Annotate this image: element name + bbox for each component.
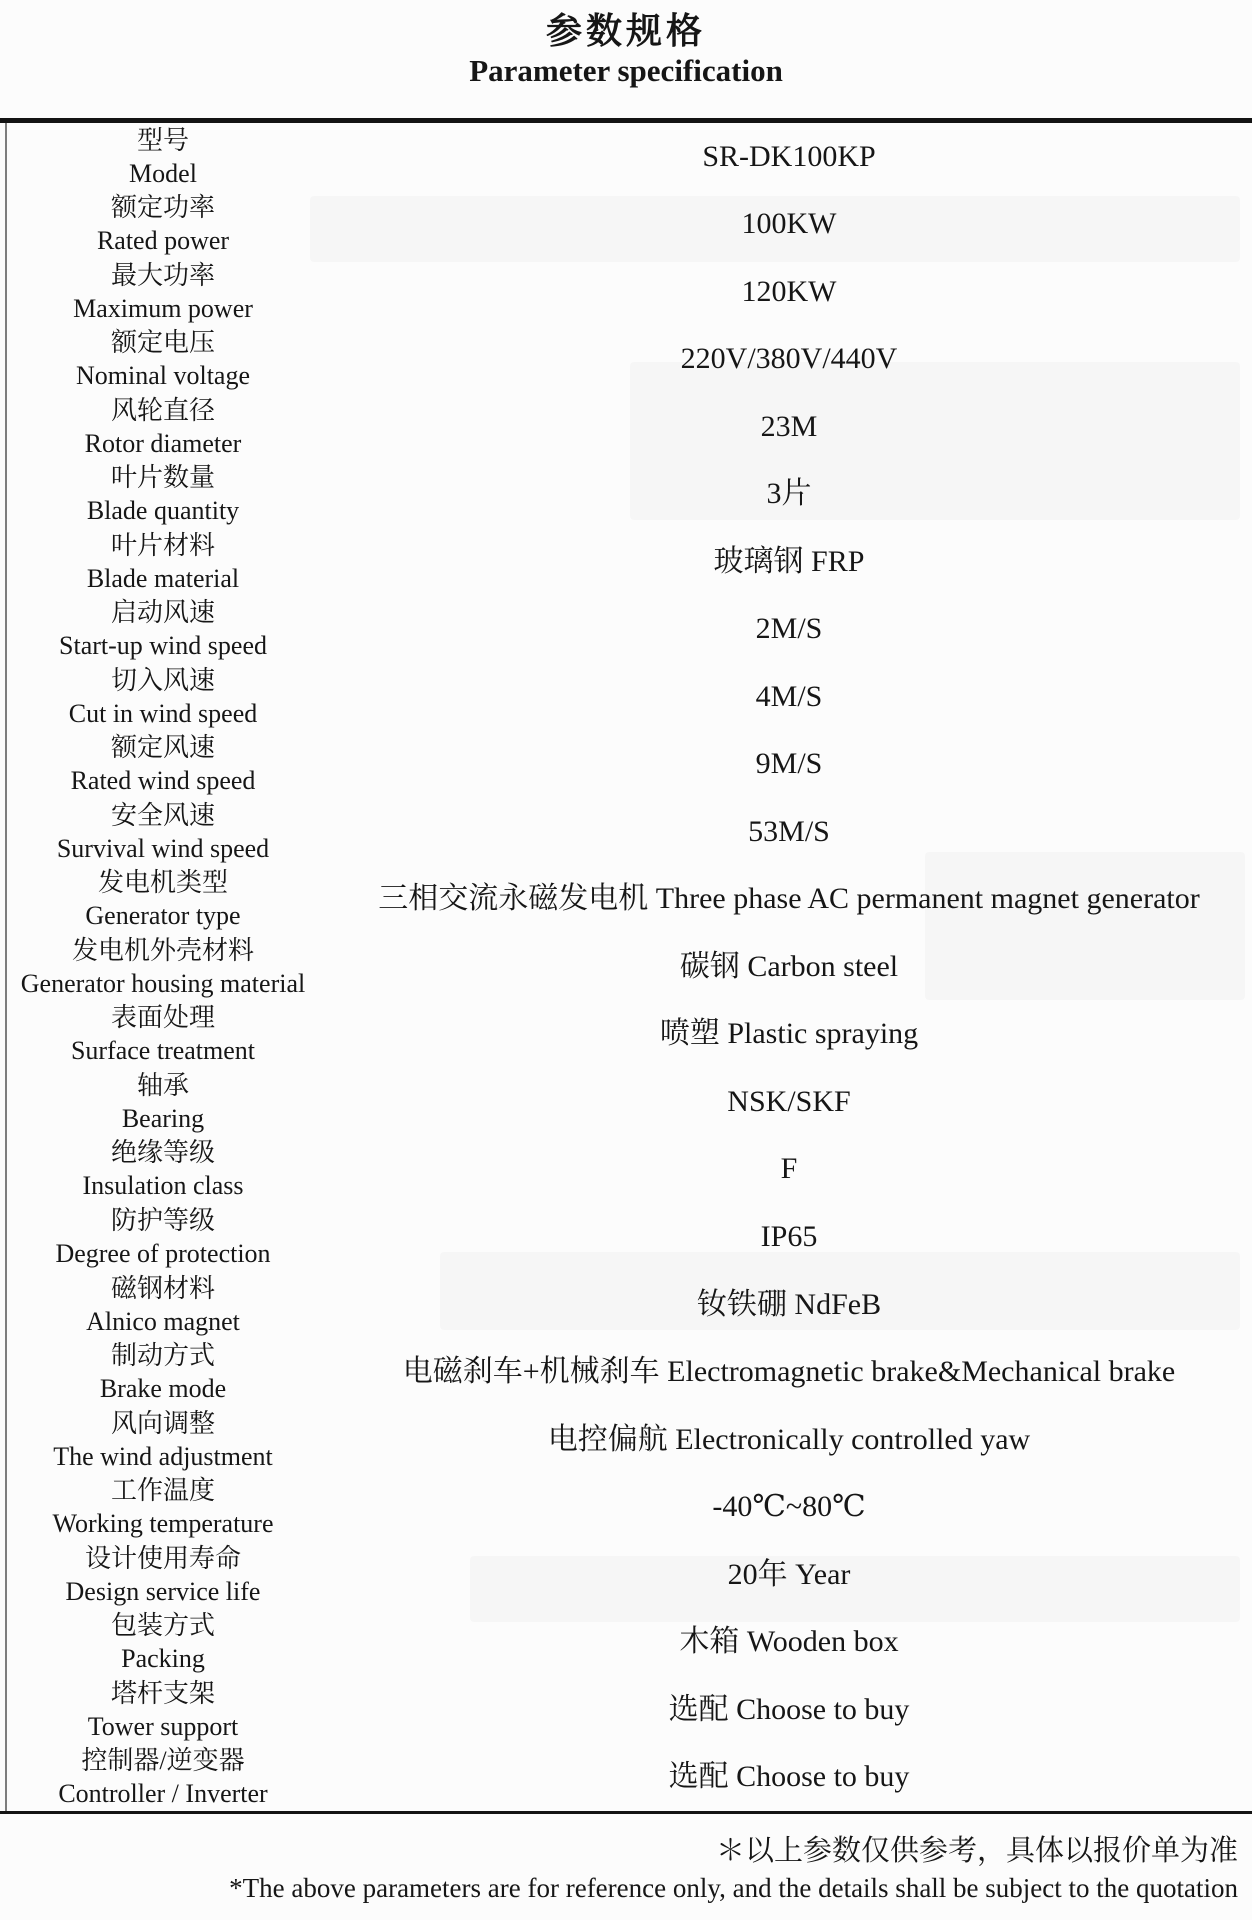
parameter-label-english: Survival wind speed [57,832,269,865]
parameter-label-english: Bearing [122,1102,204,1135]
table-row: 表面处理Surface treatment喷塑 Plastic spraying [0,1001,1252,1069]
parameter-value: 木箱 Wooden box [679,1624,898,1660]
table-row: 最大功率Maximum power120KW [0,258,1252,326]
parameter-label-english: Rated wind speed [71,764,256,797]
disclaimer-english: *The above parameters are for reference … [0,1870,1238,1906]
parameter-label-chinese: 额定电压 [111,326,215,359]
table-row: 包装方式Packing木箱 Wooden box [0,1608,1252,1676]
parameter-value: 电控偏航 Electronically controlled yaw [548,1422,1030,1458]
parameter-label-chinese: 发电机类型 [98,866,228,899]
parameter-value: 电磁刹车+机械刹车 Electromagnetic brake&Mechanic… [403,1354,1176,1390]
parameter-label-chinese: 额定风速 [111,731,215,764]
parameter-value: 碳钢 Carbon steel [680,949,898,985]
parameter-label-english: Rated power [97,224,229,257]
parameter-label-chinese: 切入风速 [111,664,215,697]
parameter-label-english: The wind adjustment [53,1440,273,1473]
parameter-value: 9M/S [756,746,823,782]
parameter-label-english: Cut in wind speed [69,697,258,730]
parameter-value-cell: IP65 [326,1203,1252,1271]
parameter-label-cell: 发电机类型Generator type [0,866,326,934]
parameter-value: 喷塑 Plastic spraying [660,1016,918,1052]
parameter-label-english: Generator housing material [21,967,305,1000]
parameter-value-cell: 220V/380V/440V [326,326,1252,394]
parameter-label-chinese: 工作温度 [111,1474,215,1507]
parameter-value: -40℃~80℃ [712,1489,865,1525]
parameter-label-chinese: 设计使用寿命 [85,1542,241,1575]
page-title-english: Parameter specification [0,54,1252,88]
parameter-value-cell: -40℃~80℃ [326,1473,1252,1541]
parameter-value: 120KW [742,274,837,310]
parameter-label-chinese: 防护等级 [111,1204,215,1237]
parameter-value-cell: 20年 Year [326,1541,1252,1609]
parameter-label-cell: 塔杆支架Tower support [0,1676,326,1744]
table-row: 叶片数量Blade quantity3片 [0,461,1252,529]
parameter-label-cell: 切入风速Cut in wind speed [0,663,326,731]
parameter-value-cell: SR-DK100KP [326,123,1252,191]
parameter-label-chinese: 控制器/逆变器 [81,1744,244,1777]
parameter-value-cell: 23M [326,393,1252,461]
parameter-value: 23M [761,409,818,445]
parameter-value: 220V/380V/440V [681,341,898,377]
parameter-label-chinese: 风轮直径 [111,394,215,427]
parameter-value: SR-DK100KP [702,139,875,175]
parameter-label-cell: 安全风速Survival wind speed [0,798,326,866]
parameter-value: 三相交流永磁发电机 Three phase AC permanent magne… [378,881,1199,917]
table-row: 额定风速Rated wind speed9M/S [0,731,1252,799]
parameter-label-cell: 额定风速Rated wind speed [0,731,326,799]
parameter-label-english: Model [129,157,197,190]
table-row: 额定功率Rated power100KW [0,191,1252,259]
parameter-value: 钕铁硼 NdFeB [697,1287,881,1323]
parameter-value: IP65 [761,1219,818,1255]
parameter-value-cell: 钕铁硼 NdFeB [326,1271,1252,1339]
parameter-label-cell: 发电机外壳材料Generator housing material [0,933,326,1001]
parameter-label-chinese: 叶片数量 [111,461,215,494]
parameter-label-chinese: 轴承 [137,1069,189,1102]
parameter-value: 53M/S [748,814,830,850]
parameter-value-cell: 电磁刹车+机械刹车 Electromagnetic brake&Mechanic… [326,1338,1252,1406]
parameter-value: 3片 [767,476,812,512]
parameter-label-cell: 启动风速Start-up wind speed [0,596,326,664]
parameter-label-cell: 最大功率Maximum power [0,258,326,326]
parameter-label-english: Controller / Inverter [58,1777,267,1810]
parameter-label-cell: 风向调整The wind adjustment [0,1406,326,1474]
table-left-rule [5,123,7,1811]
parameter-label-english: Insulation class [82,1169,243,1202]
parameter-value-cell: F [326,1136,1252,1204]
parameter-label-chinese: 包装方式 [111,1609,215,1642]
parameter-value: NSK/SKF [727,1084,850,1120]
parameter-value-cell: 9M/S [326,731,1252,799]
parameter-label-english: Brake mode [100,1372,226,1405]
parameter-label-chinese: 最大功率 [111,259,215,292]
parameter-label-english: Generator type [85,899,240,932]
parameter-label-chinese: 制动方式 [111,1339,215,1372]
parameter-label-english: Packing [121,1642,205,1675]
parameter-label-chinese: 塔杆支架 [111,1677,215,1710]
parameter-label-chinese: 额定功率 [111,191,215,224]
parameter-value-cell: 选配 Choose to buy [326,1676,1252,1744]
parameter-label-cell: 表面处理Surface treatment [0,1001,326,1069]
table-row: 安全风速Survival wind speed53M/S [0,798,1252,866]
parameter-label-english: Nominal voltage [76,359,250,392]
parameter-value-cell: 选配 Choose to buy [326,1743,1252,1811]
parameter-value: 100KW [742,206,837,242]
table-row: 工作温度Working temperature-40℃~80℃ [0,1473,1252,1541]
table-row: 风向调整The wind adjustment电控偏航 Electronical… [0,1406,1252,1474]
table-row: 叶片材料Blade material玻璃钢 FRP [0,528,1252,596]
table-row: 发电机外壳材料Generator housing material碳钢 Carb… [0,933,1252,1001]
parameter-value-cell: 4M/S [326,663,1252,731]
parameter-value-cell: 喷塑 Plastic spraying [326,1001,1252,1069]
parameter-label-cell: 包装方式Packing [0,1608,326,1676]
parameter-value: 20年 Year [728,1557,851,1593]
table-row: 控制器/逆变器Controller / Inverter选配 Choose to… [0,1743,1252,1811]
parameter-label-cell: 轴承Bearing [0,1068,326,1136]
parameter-value-cell: 三相交流永磁发电机 Three phase AC permanent magne… [326,866,1252,934]
parameter-label-chinese: 叶片材料 [111,529,215,562]
parameter-label-cell: 叶片数量Blade quantity [0,461,326,529]
parameter-label-chinese: 发电机外壳材料 [72,934,254,967]
disclaimer-footer: ＊以上参数仅供参考，具体以报价单为准 *The above parameters… [0,1832,1252,1906]
parameter-value: F [781,1151,798,1187]
parameter-value-cell: 玻璃钢 FRP [326,528,1252,596]
parameter-label-cell: 型号Model [0,123,326,191]
spec-table: 型号ModelSR-DK100KP额定功率Rated power100KW最大功… [0,118,1252,1814]
parameter-label-cell: 设计使用寿命Design service life [0,1541,326,1609]
parameter-value-cell: 3片 [326,461,1252,529]
parameter-label-cell: 控制器/逆变器Controller / Inverter [0,1743,326,1811]
parameter-value-cell: 碳钢 Carbon steel [326,933,1252,1001]
parameter-label-english: Maximum power [73,292,253,325]
table-row: 磁钢材料Alnico magnet钕铁硼 NdFeB [0,1271,1252,1339]
table-row: 制动方式Brake mode电磁刹车+机械刹车 Electromagnetic … [0,1338,1252,1406]
parameter-label-chinese: 风向调整 [111,1407,215,1440]
parameter-label-chinese: 绝缘等级 [111,1136,215,1169]
parameter-value: 选配 Choose to buy [669,1692,910,1728]
table-row: 绝缘等级Insulation classF [0,1136,1252,1204]
table-row: 型号ModelSR-DK100KP [0,123,1252,191]
parameter-label-chinese: 表面处理 [111,1001,215,1034]
parameter-label-english: Start-up wind speed [59,629,267,662]
page-title-chinese: 参数规格 [0,10,1252,52]
parameter-label-cell: 额定功率Rated power [0,191,326,259]
parameter-value-cell: NSK/SKF [326,1068,1252,1136]
parameter-label-cell: 制动方式Brake mode [0,1338,326,1406]
table-row: 塔杆支架Tower support选配 Choose to buy [0,1676,1252,1744]
parameter-label-cell: 叶片材料Blade material [0,528,326,596]
parameter-label-chinese: 型号 [137,124,189,157]
parameter-label-english: Tower support [88,1710,239,1743]
parameter-label-cell: 绝缘等级Insulation class [0,1136,326,1204]
parameter-label-chinese: 磁钢材料 [111,1272,215,1305]
parameter-label-english: Working temperature [53,1507,274,1540]
parameter-label-english: Design service life [66,1575,261,1608]
parameter-label-cell: 额定电压Nominal voltage [0,326,326,394]
table-row: 防护等级Degree of protectionIP65 [0,1203,1252,1271]
parameter-label-chinese: 启动风速 [111,596,215,629]
parameter-value-cell: 电控偏航 Electronically controlled yaw [326,1406,1252,1474]
parameter-value-cell: 100KW [326,191,1252,259]
parameter-label-english: Blade material [87,562,239,595]
parameter-value-cell: 53M/S [326,798,1252,866]
parameter-value: 玻璃钢 FRP [714,544,865,580]
parameter-label-cell: 磁钢材料Alnico magnet [0,1271,326,1339]
parameter-label-cell: 防护等级Degree of protection [0,1203,326,1271]
parameter-label-english: Surface treatment [71,1034,255,1067]
parameter-label-english: Blade quantity [87,494,239,527]
parameter-value: 选配 Choose to buy [669,1759,910,1795]
document-header: 参数规格 Parameter specification [0,0,1252,118]
table-row: 切入风速Cut in wind speed4M/S [0,663,1252,731]
parameter-label-cell: 工作温度Working temperature [0,1473,326,1541]
parameter-value-cell: 木箱 Wooden box [326,1608,1252,1676]
spec-table-body: 型号ModelSR-DK100KP额定功率Rated power100KW最大功… [0,123,1252,1811]
table-row: 启动风速Start-up wind speed2M/S [0,596,1252,664]
parameter-value-cell: 120KW [326,258,1252,326]
parameter-label-english: Rotor diameter [85,427,242,460]
parameter-value: 4M/S [756,679,823,715]
parameter-label-english: Alnico magnet [86,1305,240,1338]
parameter-label-chinese: 安全风速 [111,799,215,832]
parameter-value-cell: 2M/S [326,596,1252,664]
table-row: 轴承BearingNSK/SKF [0,1068,1252,1136]
disclaimer-chinese: ＊以上参数仅供参考，具体以报价单为准 [0,1832,1238,1870]
table-row: 风轮直径Rotor diameter23M [0,393,1252,461]
parameter-label-english: Degree of protection [55,1237,270,1270]
table-row: 额定电压Nominal voltage220V/380V/440V [0,326,1252,394]
parameter-label-cell: 风轮直径Rotor diameter [0,393,326,461]
table-row: 设计使用寿命Design service life20年 Year [0,1541,1252,1609]
parameter-value: 2M/S [756,611,823,647]
table-row: 发电机类型Generator type三相交流永磁发电机 Three phase… [0,866,1252,934]
